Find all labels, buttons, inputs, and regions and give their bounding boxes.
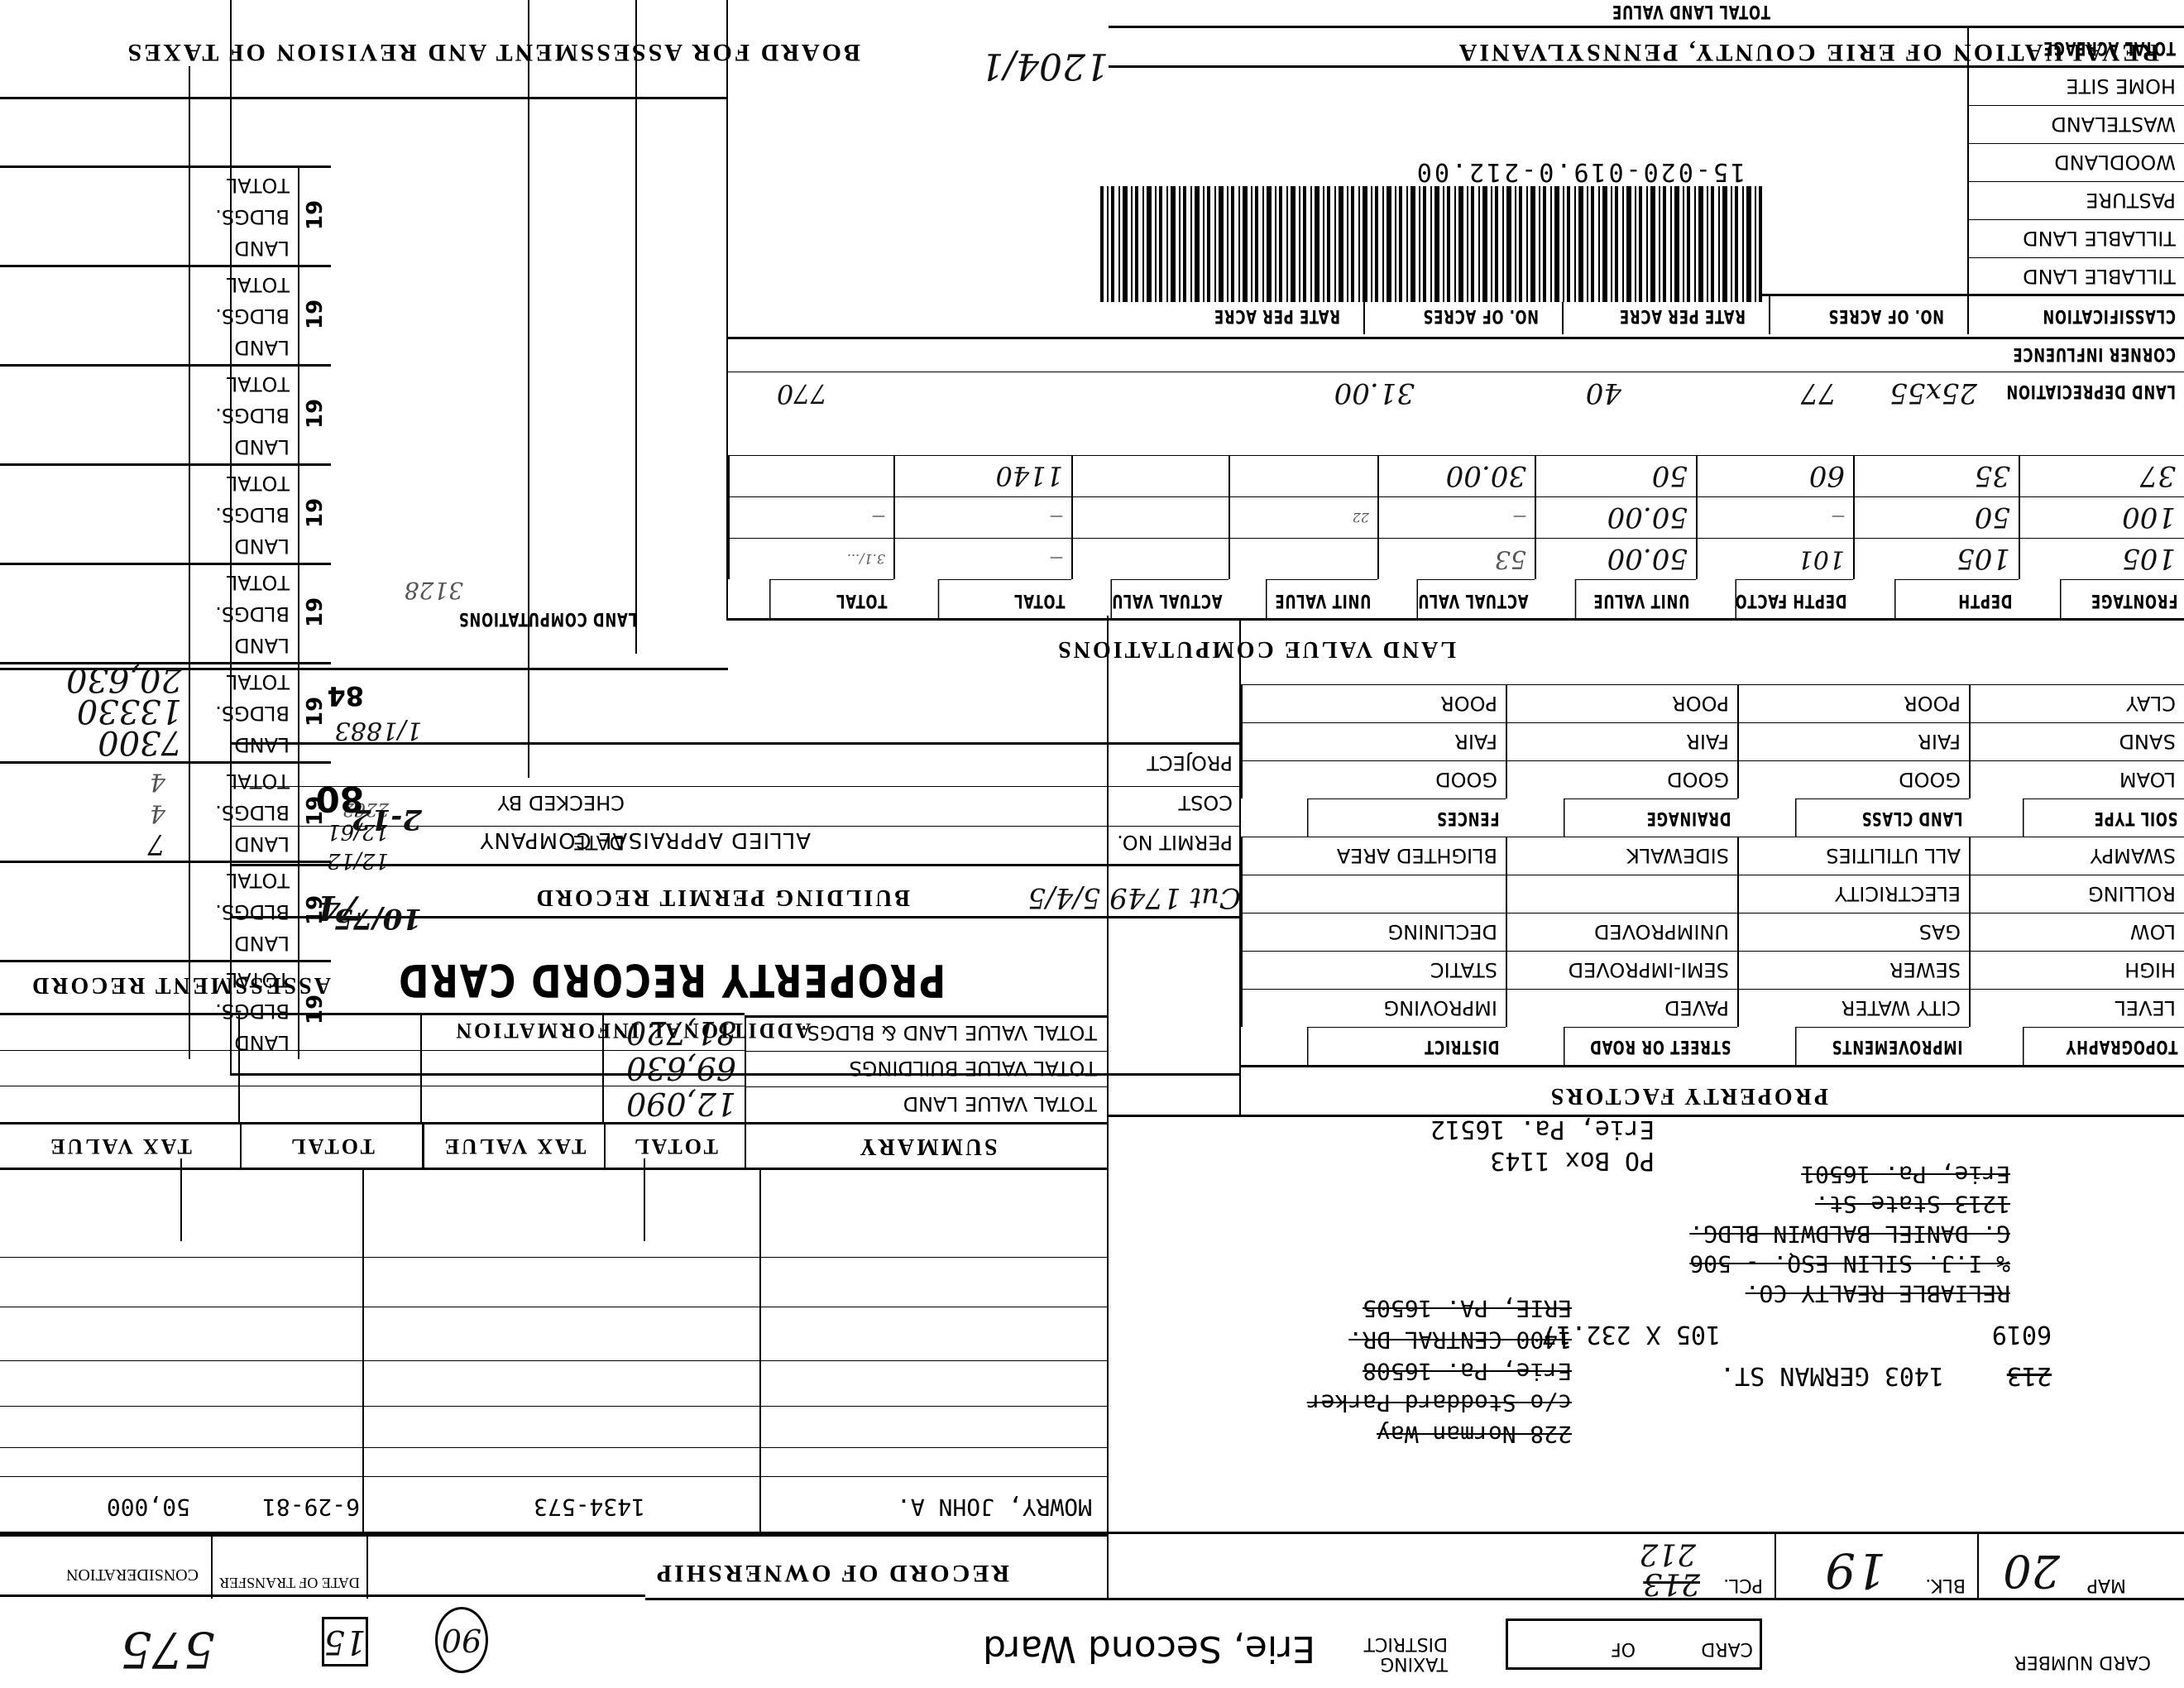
assessment-row-label: LAND: [234, 932, 290, 955]
assessment-row-label: BLDGS.: [215, 205, 290, 228]
assessment-total: 20,630: [66, 660, 182, 698]
permit-handwritten: Cut 1749 5/4/5: [1027, 881, 1241, 914]
factor-option: DECLINING: [1241, 913, 1506, 951]
property-record-card: CARD NUMBER CARD OF TAXING DISTRICT Erie…: [0, 0, 2184, 1688]
assessment-row-label: LAND: [234, 1031, 290, 1054]
summary-col-tax: TAX VALUE: [443, 1134, 587, 1158]
pcl-label: PCL.: [1723, 1575, 1763, 1595]
factor-header: FENCES: [1307, 798, 1506, 837]
card-of-box: CARD OF: [1506, 1618, 1762, 1670]
summary-row-label: TOTAL VALUE LAND & BLDGS.: [801, 1021, 1097, 1044]
assessment-year-prefix: 19: [298, 165, 331, 265]
factor-option: STATIC: [1241, 951, 1506, 989]
land-col-header: TOTAL: [938, 579, 1071, 621]
assessment-row-label: TOTAL: [227, 869, 290, 892]
factor-option: PAVED: [1506, 989, 1737, 1027]
property-address: 1403 GERMAN ST.: [1720, 1361, 1944, 1390]
assessment-block: 19 80 LAND 7 BLDGS. 4 TOTAL 4 2-12: [0, 761, 331, 861]
factor-option: GOOD: [1506, 760, 1737, 798]
assessment-land: 7: [147, 827, 165, 861]
revaluation-title: REVALUATION OF ERIE COUNTY, PENNSYLVANIA: [1457, 38, 2159, 66]
assessment-block: 19 LAND BLDGS. TOTAL: [0, 364, 331, 463]
land-depreciation-value: 31.00: [1334, 376, 1415, 410]
factor-option: UNIMPROVED: [1506, 913, 1737, 951]
ownership-header: RECORD OF OWNERSHIP DATE OF TRANSFER CON…: [0, 1534, 1109, 1600]
owner-current-address: PO Box 1143 Erie, Pa. 16512: [1191, 1112, 1655, 1175]
factor-option: ALL UTILITIES: [1737, 837, 1969, 875]
assessment-record: 19 LAND BLDGS. TOTAL 19 74 LAND BLDGS. T…: [0, 0, 331, 1059]
factor-option: ELECTRICITY: [1737, 875, 1969, 913]
land-col-header: FRONTAGE: [2060, 579, 2184, 621]
acreage-row: TILLABLE LAND: [2023, 265, 2176, 288]
assessment-row-label: LAND: [234, 237, 290, 260]
assessment-block: 19 LAND BLDGS. TOTAL: [0, 960, 331, 1059]
land-cell: [1071, 496, 1228, 538]
factor-option: POOR: [1506, 684, 1737, 722]
additional-info-title: ADDITIONAL INFORMATION: [453, 1018, 811, 1043]
acreage-header: RATE PER ACRE: [1619, 305, 1746, 326]
barcode-text: 15-020-019.0-212.00: [1415, 157, 1746, 186]
assessment-row-label: LAND: [234, 733, 290, 756]
acreage-row: HOME SITE: [2066, 74, 2176, 98]
summary-buildings-value: 69,630: [626, 1050, 736, 1086]
factor-option: IMPROVING: [1241, 989, 1506, 1027]
factor-option: [1241, 875, 1506, 913]
map-label: MAP: [2087, 1575, 2126, 1595]
land-col-header: UNIT VALUE: [1575, 579, 1696, 621]
taxing-district: Erie, Second Ward: [983, 1628, 1315, 1670]
acreage-row: PASTURE: [2086, 189, 2176, 212]
land-depreciation-depth: 77: [1801, 376, 1837, 410]
address-line: ERIE, PA. 16505: [1109, 1291, 1572, 1322]
factor-option: ROLLING: [1969, 875, 2184, 913]
land-value-table: FRONTAGE DEPTH DEPTH FACTOR UNIT VALUE A…: [728, 455, 2184, 621]
assessment-year-prefix: 19: [298, 662, 331, 761]
land-cell: 50: [1535, 455, 1696, 496]
land-col-header: UNIT VALUE: [1266, 579, 1377, 621]
factor-option: FAIR: [1241, 722, 1506, 760]
main-title: PROPERTY RECORD CARD: [397, 954, 946, 1006]
factor-header: STREET OR ROAD: [1564, 1027, 1737, 1065]
factor-option: LOAM: [1969, 760, 2184, 798]
factor-option: POOR: [1737, 684, 1969, 722]
land-value-title: LAND VALUE COMPUTATIONS: [1056, 635, 1456, 662]
ownership-col-consideration: CONSIDERATION: [66, 1565, 199, 1584]
factor-option: GAS: [1737, 913, 1969, 951]
land-col-header: TOTAL: [769, 579, 893, 621]
land-depreciation-label: LAND DEPRECIATION: [2006, 381, 2176, 401]
assessment-row-label: TOTAL: [227, 472, 290, 495]
summary-row-label: TOTAL VALUE BUILDINGS: [850, 1057, 1097, 1080]
barcode: [1100, 186, 1762, 302]
factor-option: SIDEWALK: [1506, 837, 1737, 875]
land-col-header: ACTUAL VALUE: [1417, 579, 1535, 621]
acreage-row: WOODLAND: [2054, 151, 2176, 174]
assessment-row-label: LAND: [234, 634, 290, 657]
pcl-cell: PCL. 213 212: [1526, 1534, 1774, 1600]
factor-header: LAND CLASS: [1795, 798, 1969, 837]
address-line: RELIABLE REALTY CO.: [1580, 1278, 2010, 1307]
summary-col-tax-2: TAX VALUE: [48, 1134, 192, 1158]
land-cell: [1228, 538, 1377, 579]
land-cell: 100: [2019, 496, 2184, 538]
assessment-note: 2-12: [352, 803, 422, 836]
factor-option: LEVEL: [1969, 989, 2184, 1027]
assessment-row-label: TOTAL: [227, 571, 290, 594]
address-line: Erie, Pa. 16508: [1109, 1354, 1572, 1385]
handwritten-number: 575: [120, 1620, 215, 1678]
blk-label: BLK.: [1925, 1575, 1966, 1595]
ownership-owner: MOWRY, JOHN A.: [897, 1494, 1092, 1521]
land-cell: [1228, 455, 1377, 496]
summary-row-label: TOTAL VALUE LAND: [903, 1092, 1097, 1115]
assessment-row-label: BLDGS.: [215, 1000, 290, 1023]
factor-header: IMPROVEMENTS: [1795, 1027, 1969, 1065]
factor-header: DISTRICT: [1307, 1027, 1506, 1065]
assessment-block: 19 LAND BLDGS. TOTAL: [0, 463, 331, 563]
factor-option: FAIR: [1506, 722, 1737, 760]
land-computations-label: LAND COMPUTATIONS: [458, 608, 637, 629]
handwritten-top-value: 1204/1: [980, 45, 1109, 87]
factor-option: FAIR: [1737, 722, 1969, 760]
assessment-row-label: TOTAL: [227, 670, 290, 693]
card-number-label: CARD NUMBER: [2014, 1652, 2151, 1671]
land-cell: 50.00: [1535, 538, 1696, 579]
land-cell: 3.1/...: [728, 538, 893, 579]
summary-title: SUMMARY: [857, 1133, 997, 1159]
owner-code-struck: 213: [2007, 1361, 2052, 1390]
land-cell: 37: [2019, 455, 2184, 496]
acreage-row: WASTELAND: [2051, 113, 2176, 136]
summary-col-total-2: TOTAL: [289, 1134, 375, 1158]
assessment-row-label: TOTAL: [227, 174, 290, 197]
land-cell: 105: [1853, 538, 2019, 579]
property-factors-title: PROPERTY FACTORS: [1549, 1082, 1828, 1109]
assessment-year-prefix: 19: [298, 364, 331, 463]
assessment-row-label: BLDGS.: [215, 404, 290, 427]
factor-option: CLAY: [1969, 684, 2184, 722]
acreage-header: RATE PER ACRE: [1214, 305, 1340, 326]
card-of-label: CARD: [1701, 1638, 1753, 1659]
ownership-row: MOWRY, JOHN A. 1434-573 6-29-81 50,000: [0, 1476, 1109, 1534]
factor-option: SAND: [1969, 722, 2184, 760]
assessment-block: 19 LAND BLDGS. TOTAL: [0, 265, 331, 364]
land-cell: 22: [1228, 496, 1377, 538]
assessment-row-label: BLDGS.: [215, 503, 290, 526]
pcl-struck-value: 213: [1643, 1566, 1700, 1600]
assessment-row-label: BLDGS.: [215, 305, 290, 328]
assessment-note: 1/1883: [334, 716, 422, 745]
land-cell: —: [893, 496, 1071, 538]
owner-address-col2: 228 Norman Way c/o Stoddard Parker Erie,…: [1109, 1291, 1572, 1448]
factor-header: DRAINAGE: [1564, 798, 1737, 837]
land-cell: 101: [1696, 538, 1853, 579]
owner-code-2: 6019: [1992, 1320, 2052, 1349]
land-cell: —: [1377, 496, 1535, 538]
assessment-block: 19 LAND BLDGS. TOTAL: [0, 165, 331, 265]
map-cell: MAP 20: [1977, 1534, 2184, 1600]
acreage-header: NO. OF ACRES: [1828, 305, 1944, 326]
permit-checked-by-label: CHECKED BY: [497, 791, 625, 814]
land-cell: 53: [1377, 538, 1535, 579]
pcl-value: 212: [1639, 1537, 1696, 1571]
assessment-bldgs: 4: [150, 798, 165, 827]
address-line: c/o Stoddard Parker: [1109, 1385, 1572, 1417]
factor-option: BLIGHTED AREA: [1241, 837, 1506, 875]
land-cell: 50.00: [1535, 496, 1696, 538]
owner-address-col1: RELIABLE REALTY CO. % I.J. SILIN ESQ. - …: [1580, 1158, 2010, 1307]
assessment-row-label: TOTAL: [227, 770, 290, 793]
land-depreciation-dims: 25x55: [1889, 376, 1977, 410]
acreage-row: TILLABLE LAND: [2023, 227, 2176, 250]
land-cell: —: [893, 538, 1071, 579]
assessment-row-label: TOTAL: [227, 372, 290, 396]
assessment-row-label: BLDGS.: [215, 702, 290, 725]
assessment-row-label: BLDGS.: [215, 602, 290, 626]
ownership-book: 1434-573: [534, 1494, 645, 1521]
factor-option: HIGH: [1969, 951, 2184, 989]
assessment-row-label: LAND: [234, 336, 290, 359]
ownership-col-date: DATE OF TRANSFER: [211, 1536, 368, 1599]
address-line: % I.J. SILIN ESQ. - 506: [1580, 1248, 2010, 1278]
land-col-header: DEPTH FACTOR: [1736, 579, 1854, 621]
permit-label: PERMIT NO.: [1117, 831, 1233, 854]
land-depreciation-factor: 40: [1586, 376, 1621, 410]
map-value: 20: [2003, 1545, 2060, 1597]
assessment-year-prefix: 19: [298, 463, 331, 563]
address-line: 1213 State St.: [1580, 1188, 2010, 1218]
blk-value: 19: [1825, 1542, 1886, 1599]
factor-option: POOR: [1241, 684, 1506, 722]
land-cell: [728, 455, 893, 496]
address-line: PO Box 1143: [1191, 1144, 1655, 1175]
assessment-total: 4: [150, 767, 165, 796]
assessment-row-label: LAND: [234, 832, 290, 856]
address-line: G. DANIEL BALDWIN BLDG.: [1580, 1218, 2010, 1248]
assessment-year-prefix: 19: [298, 563, 331, 662]
acreage-header: CLASSIFICATION: [2043, 305, 2176, 326]
land-computations-value: 3128: [405, 577, 463, 604]
address-line: 228 Norman Way: [1109, 1417, 1572, 1448]
assessment-year-prefix: 19: [298, 265, 331, 364]
property-factors-grid: TOPOGRAPHY IMPROVEMENTS STREET OR ROAD D…: [1241, 684, 2184, 1067]
factor-header: TOPOGRAPHY: [2023, 1027, 2184, 1065]
land-cell: 35: [1853, 455, 2019, 496]
summary-land-value: 12,090: [626, 1086, 736, 1122]
assessment-row-label: LAND: [234, 435, 290, 458]
land-cell: 60: [1696, 455, 1853, 496]
land-cell: 50: [1853, 496, 2019, 538]
factor-option: SWAMPY: [1969, 837, 2184, 875]
assessment-note: 10/75: [333, 902, 422, 935]
factor-header: SOIL TYPE: [2023, 798, 2184, 837]
assessment-row-label: BLDGS.: [215, 900, 290, 923]
factor-option: CITY WATER: [1737, 989, 1969, 1027]
land-cell: [1071, 538, 1228, 579]
ownership-consideration: 50,000: [107, 1494, 190, 1521]
assessment-year-prefix: 19: [298, 960, 331, 1059]
factor-option: GOOD: [1737, 760, 1969, 798]
assessment-row-label: BLDGS.: [215, 801, 290, 824]
land-cell: 1140: [893, 455, 1071, 496]
permit-label: COST: [1178, 791, 1233, 814]
land-cell: —: [1696, 496, 1853, 538]
land-cell: 30.00: [1377, 455, 1535, 496]
land-depreciation-total: 770: [777, 378, 827, 410]
assessment-block: 19 74 LAND BLDGS. TOTAL 10/75: [0, 861, 331, 960]
blk-cell: BLK. 19: [1774, 1534, 1977, 1600]
ownership-date: 6-29-81: [262, 1494, 360, 1521]
taxing-district-label: TAXING DISTRICT: [1348, 1633, 1448, 1673]
acreage-header: NO. OF ACRES: [1423, 305, 1539, 326]
factor-option: LOW: [1969, 913, 2184, 951]
circled-number: 90: [435, 1607, 488, 1673]
boxed-number: 15: [322, 1617, 368, 1666]
assessment-row-label: LAND: [234, 535, 290, 558]
land-cell: 105: [2019, 538, 2184, 579]
land-col-header: ACTUAL VALUE: [1111, 579, 1229, 621]
factor-option: [1506, 875, 1737, 913]
land-col-header: DEPTH: [1894, 579, 2019, 621]
assessment-year: 84: [327, 680, 364, 712]
assessment-block: 19 84 LAND 7300 BLDGS. 13330 TOTAL 20,63…: [0, 662, 331, 761]
land-cell: —: [728, 496, 893, 538]
total-land-value-label: TOTAL LAND VALUE: [1612, 1, 1770, 22]
summary-col-total: TOTAL: [632, 1134, 718, 1158]
address-line: 1400 CENTRAL DR.: [1109, 1322, 1572, 1354]
factor-option: SEMI-IMPROVED: [1506, 951, 1737, 989]
factor-option: SEWER: [1737, 951, 1969, 989]
land-cell: [1071, 455, 1228, 496]
permit-date-1: 12/12: [327, 848, 389, 873]
corner-influence-label: CORNER INFLUENCE: [2013, 343, 2176, 364]
factor-option: GOOD: [1241, 760, 1506, 798]
assessment-block: 19 LAND BLDGS. TOTAL: [0, 563, 331, 662]
of-label: OF: [1611, 1638, 1636, 1659]
assessment-row-label: TOTAL: [227, 968, 290, 991]
permit-title: BUILDING PERMIT RECORD: [534, 884, 910, 910]
assessment-row-label: TOTAL: [227, 273, 290, 296]
permit-label: PROJECT: [1147, 751, 1233, 774]
ownership-title: RECORD OF OWNERSHIP: [654, 1559, 1009, 1587]
allied-appraisal-company: ALLIED APPRAISAL COMPANY: [480, 827, 811, 852]
